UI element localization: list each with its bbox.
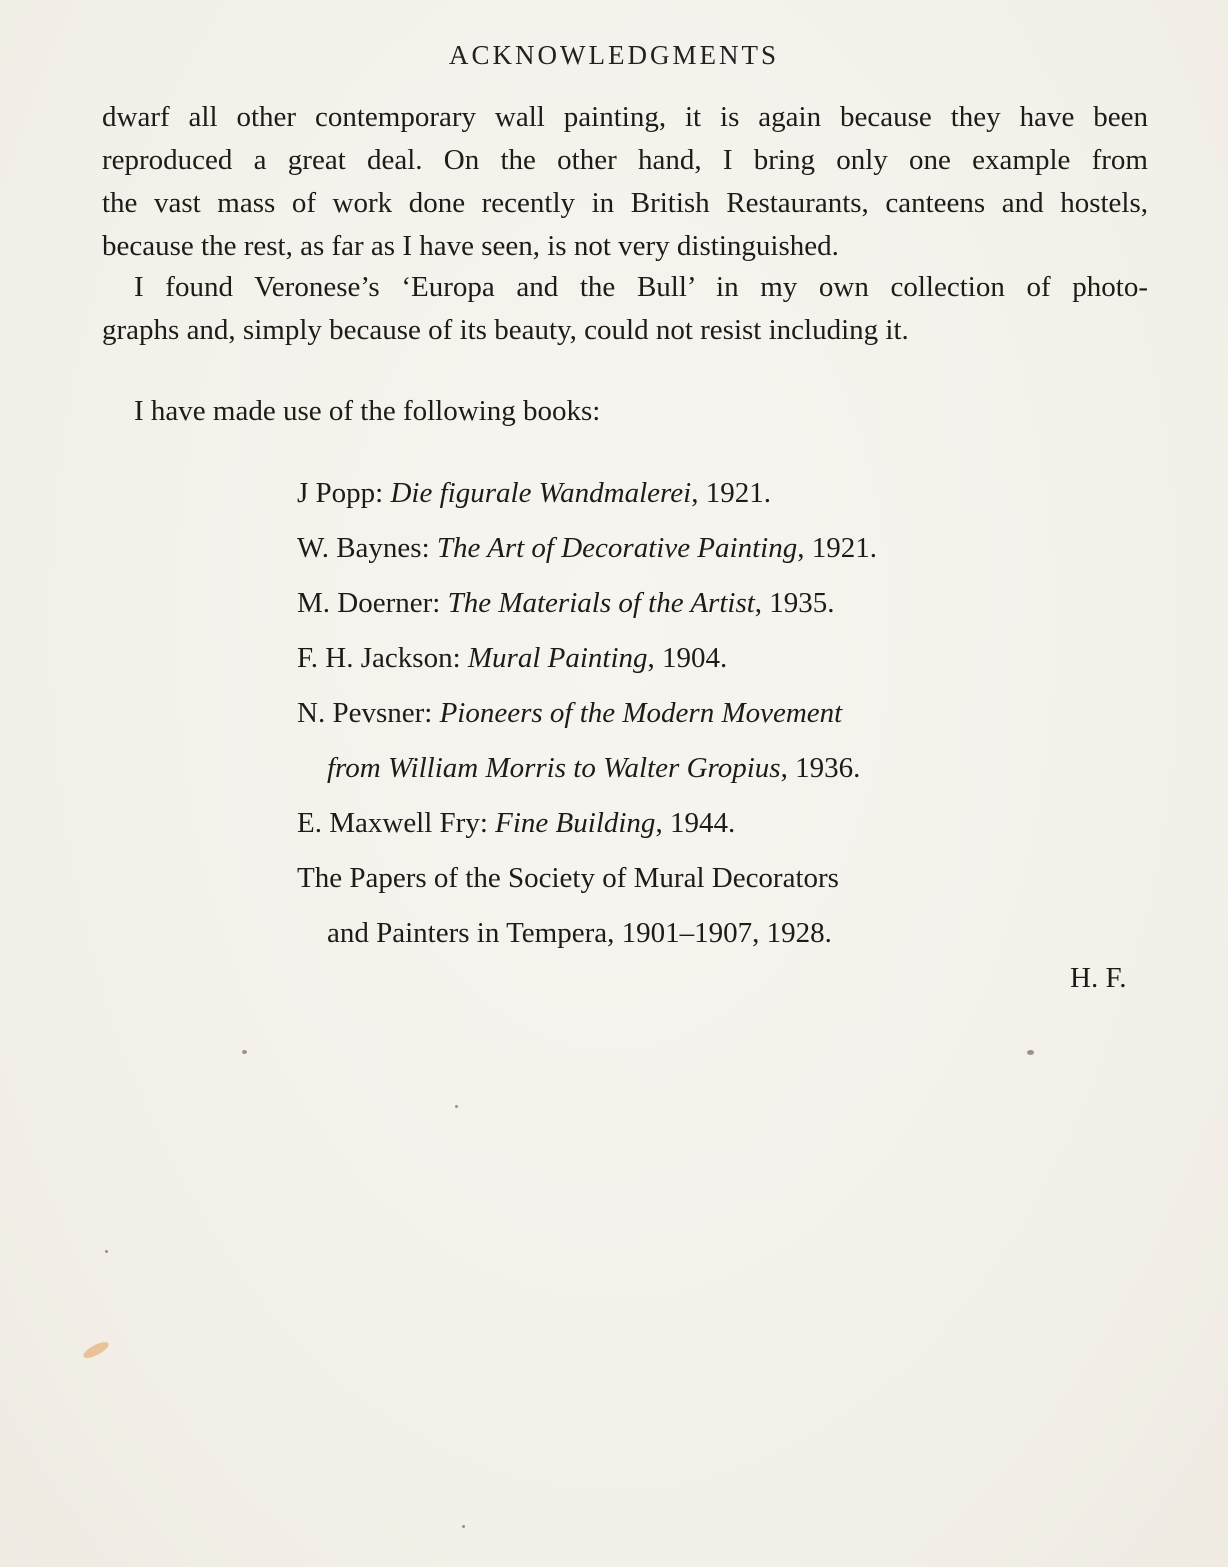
books-intro: I have made use of the following books: <box>134 395 600 428</box>
paper-speck <box>1027 1050 1034 1055</box>
paragraph-2: I found Veronese’s ‘Europa and the Bull’… <box>102 266 1148 352</box>
paper-speck <box>105 1250 108 1253</box>
book-title-continued: from William Morris to Walter Gropius <box>327 752 781 784</box>
book-entry: J Popp: Die figurale Wandmalerei, 1921. <box>297 466 877 521</box>
book-entry: The Papers of the Society of Mural Decor… <box>297 851 877 906</box>
book-title: Pioneers of the Modern Movement <box>440 697 843 729</box>
book-title: Fine Building <box>495 807 655 839</box>
book-entry: N. Pevsner: Pioneers of the Modern Movem… <box>297 686 877 741</box>
scanned-page: ACKNOWLEDGMENTS dwarf all other contempo… <box>0 0 1228 1567</box>
book-author: M. Doerner: <box>297 587 448 619</box>
book-author: E. Maxwell Fry: <box>297 807 495 839</box>
text-line: dwarf all other contemporary wall painti… <box>102 96 1148 139</box>
running-head: ACKNOWLEDGMENTS <box>0 40 1228 71</box>
text-line: because the rest, as far as I have seen,… <box>102 225 1148 268</box>
paper-speck <box>455 1105 458 1108</box>
book-year: , 1921. <box>797 532 877 564</box>
book-year: , 1921. <box>691 477 771 509</box>
book-text-continued: and Painters in Tempera, 1901–1907, 1928… <box>327 917 832 949</box>
book-year: , 1944. <box>655 807 735 839</box>
book-year: , 1936. <box>781 752 861 784</box>
book-year: , 1904. <box>648 642 728 674</box>
paper-stain <box>81 1339 110 1361</box>
paragraph-1: dwarf all other contemporary wall painti… <box>102 96 1148 268</box>
book-author: W. Baynes: <box>297 532 437 564</box>
book-title: Die figurale Wandmalerei <box>390 477 691 509</box>
book-title: Mural Painting <box>468 642 648 674</box>
paper-speck <box>462 1525 465 1528</box>
book-author: F. H. Jackson: <box>297 642 468 674</box>
book-entry: M. Doerner: The Materials of the Artist,… <box>297 576 877 631</box>
book-entry-continuation: from William Morris to Walter Gropius, 1… <box>297 741 877 796</box>
book-entry: E. Maxwell Fry: Fine Building, 1944. <box>297 796 877 851</box>
book-title: The Art of Decorative Painting <box>437 532 797 564</box>
book-title: The Materials of the Artist <box>448 587 755 619</box>
text-line: I found Veronese’s ‘Europa and the Bull’… <box>102 266 1148 309</box>
book-entry: F. H. Jackson: Mural Painting, 1904. <box>297 631 877 686</box>
book-author: N. Pevsner: <box>297 697 440 729</box>
text-line: reproduced a great deal. On the other ha… <box>102 139 1148 182</box>
book-author: The Papers of the Society of Mural Decor… <box>297 862 839 894</box>
bibliography-list: J Popp: Die figurale Wandmalerei, 1921. … <box>297 466 877 961</box>
book-entry: W. Baynes: The Art of Decorative Paintin… <box>297 521 877 576</box>
text-line: graphs and, simply because of its beauty… <box>102 309 1148 352</box>
text-line: the vast mass of work done recently in B… <box>102 182 1148 225</box>
book-year: , 1935. <box>755 587 835 619</box>
book-entry-continuation: and Painters in Tempera, 1901–1907, 1928… <box>297 906 877 961</box>
author-initials: H. F. <box>1070 962 1127 995</box>
paper-speck <box>242 1050 247 1054</box>
book-author: J Popp: <box>297 477 390 509</box>
